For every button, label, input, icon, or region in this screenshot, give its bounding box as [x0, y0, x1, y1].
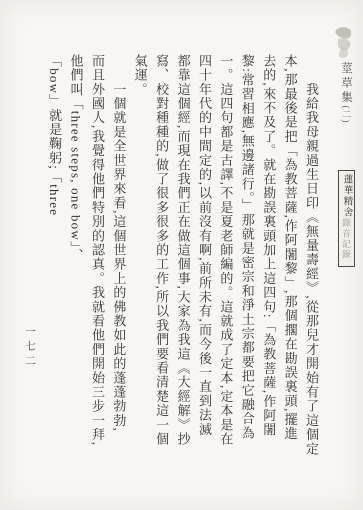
section-label-secondary: 錄音記錄	[340, 218, 353, 260]
text-column: 本,那最後是把「為教菩薩,作阿闍黎」,那個擱在勘誤裏頭,擺進	[279, 54, 300, 482]
publisher-seal-icon	[328, 24, 358, 62]
text-column: 一個就是全世界來看,這個世界上的佛教如此的蓬蓬勃勃,	[108, 54, 129, 482]
text-column: 四十年代的中間定的,以前沒有啊,前所未有,而今後一直到法滅	[194, 54, 215, 482]
section-label-primary: 蓮華精舍	[340, 174, 354, 218]
text-column: 他們叫「three steps, one bow」、	[65, 54, 86, 482]
section-label-box: 蓮華精舍錄音記錄	[338, 170, 355, 267]
page-number: 一七二	[22, 326, 37, 370]
volume-label: (二)	[341, 106, 351, 124]
text-column: 都靠這個經,而現在我們正在做這個事,大家為我這《大經解》抄	[172, 54, 193, 482]
text-column: 氣運。	[129, 54, 150, 482]
text-column: 一。這四句都是古譯,不是夏老師編的。這就成了定本,定本是在	[215, 54, 236, 482]
text-column: 去的,來不及了。就在勘誤裏頭加上這四句:「為教菩薩,作阿闍	[258, 54, 279, 482]
text-column: 黎:常習相應,無邊諸行。」那就是密宗和淨土宗都要把它融合為	[236, 54, 257, 482]
text-column: 寫、校對種種的,做了很多很多的工作,所以我們要看清楚這一個	[151, 54, 172, 482]
text-column: 而且外國人,我覺得他們特別的認真。我就看他們開始三步一拜,	[87, 54, 108, 482]
text-column: 我給我母親過生日印《無量壽經》,從那兒才開始有了這個定	[301, 54, 322, 482]
body-text: 我給我母親過生日印《無量壽經》,從那兒才開始有了這個定 本,那最後是把「為教菩薩…	[40, 54, 322, 482]
book-title-text: 莖草集	[340, 62, 352, 106]
book-page: 莖草集(二) 蓮華精舍錄音記錄 我給我母親過生日印《無量壽經》,從那兒才開始有了…	[0, 0, 363, 510]
text-column: 「bow」就是鞠躬;「three	[44, 54, 65, 482]
book-title: 莖草集(二)	[338, 62, 354, 170]
